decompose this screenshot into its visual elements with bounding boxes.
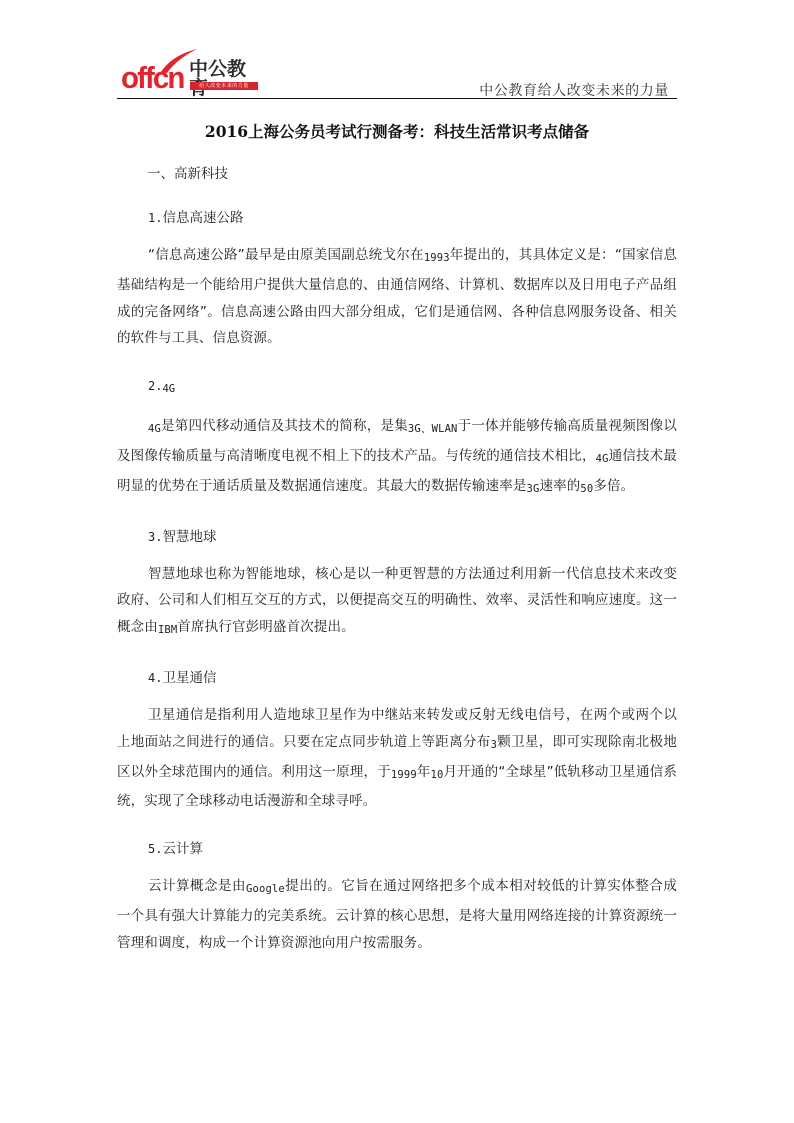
paragraph-text: 速率的: [539, 478, 580, 494]
item-heading-text: 云计算: [162, 841, 203, 857]
paragraph-text: 是第四代移动通信及其技术的简称，是集: [161, 418, 408, 434]
inline-term: 4G: [596, 453, 609, 465]
paragraph-text: 年: [417, 764, 431, 780]
item-heading-text: 智慧地球: [162, 529, 216, 545]
section-heading: 一、高新科技: [147, 164, 677, 184]
header-divider: [117, 98, 677, 99]
item-list: 1.信息高速公路 “信息高速公路”最早是由原美国副总统戈尔在1993年提出的，其…: [117, 208, 677, 957]
item-number: 1.: [148, 211, 162, 225]
item-paragraph: 云计算概念是由Google提出的。它旨在通过网络把多个成本相对较低的计算实体整合…: [117, 873, 677, 956]
offcn-logo: offcn 中公教育 给人改变未来的力量: [121, 48, 261, 100]
item-heading-text: 信息高速公路: [162, 210, 243, 226]
paragraph-text: 多倍。: [593, 478, 634, 494]
inline-term: 3G、WLAN: [408, 423, 458, 435]
item-number: 2.: [148, 379, 162, 393]
item-paragraph: 智慧地球也称为智能地球，核心是以一种更智慧的方法通过利用新一代信息技术来改变政府…: [117, 561, 677, 644]
list-item: 4.卫星通信 卫星通信是指利用人造地球卫星作为中继站来转发或反射无线电信号，在两…: [117, 668, 677, 815]
inline-term: IBM: [158, 624, 177, 636]
document-title: 2016上海公务员考试行测备考：科技生活常识考点储备: [117, 122, 677, 142]
logo-latin-text: offcn: [121, 62, 183, 93]
paragraph-text: 云计算概念是由: [148, 878, 246, 894]
item-heading: 4.卫星通信: [148, 668, 677, 688]
header-slogan: 中公教育给人改变未来的力量: [479, 80, 669, 100]
item-number: 5.: [148, 842, 162, 856]
item-heading: 3.智慧地球: [148, 527, 677, 547]
list-item: 2.4G 4G是第四代移动通信及其技术的简称，是集3G、WLAN于一体并能够传输…: [117, 376, 677, 502]
inline-term: 3G: [527, 483, 540, 495]
list-item: 5.云计算 云计算概念是由Google提出的。它旨在通过网络把多个成本相对较低的…: [117, 839, 677, 956]
item-heading: 2.4G: [148, 376, 677, 399]
inline-term: 1999: [391, 769, 417, 781]
inline-term: 50: [580, 483, 593, 495]
item-heading-text: 4G: [162, 383, 175, 395]
item-number: 3.: [148, 530, 162, 544]
document-body: 2016上海公务员考试行测备考：科技生活常识考点储备 一、高新科技 1.信息高速…: [117, 112, 677, 957]
inline-term: 4G: [148, 423, 161, 435]
item-heading-text: 卫星通信: [162, 670, 216, 686]
item-paragraph: “信息高速公路”最早是由原美国副总统戈尔在1993年提出的，其具体定义是：“国家…: [117, 242, 677, 352]
item-number: 4.: [148, 671, 162, 685]
logo-chinese-text: 中公教育: [189, 60, 261, 98]
inline-term: 1993: [424, 252, 450, 264]
logo-tagline: 给人改变未来的力量: [190, 82, 258, 90]
item-heading: 1.信息高速公路: [148, 208, 677, 228]
paragraph-text: “信息高速公路”最早是由原美国副总统戈尔在: [148, 247, 424, 263]
inline-term: Google: [246, 883, 285, 895]
inline-term: 10: [431, 769, 444, 781]
item-paragraph: 4G是第四代移动通信及其技术的简称，是集3G、WLAN于一体并能够传输高质量视频…: [117, 413, 677, 502]
page-header: offcn 中公教育 给人改变未来的力量 中公教育给人改变未来的力量: [117, 40, 677, 98]
list-item: 3.智慧地球 智慧地球也称为智能地球，核心是以一种更智慧的方法通过利用新一代信息…: [117, 527, 677, 644]
list-item: 1.信息高速公路 “信息高速公路”最早是由原美国副总统戈尔在1993年提出的，其…: [117, 208, 677, 352]
item-heading: 5.云计算: [148, 839, 677, 859]
item-paragraph: 卫星通信是指利用人造地球卫星作为中继站来转发或反射无线电信号，在两个或两个以上地…: [117, 702, 677, 815]
paragraph-text: 首席执行官彭明盛首次提出。: [177, 619, 354, 635]
